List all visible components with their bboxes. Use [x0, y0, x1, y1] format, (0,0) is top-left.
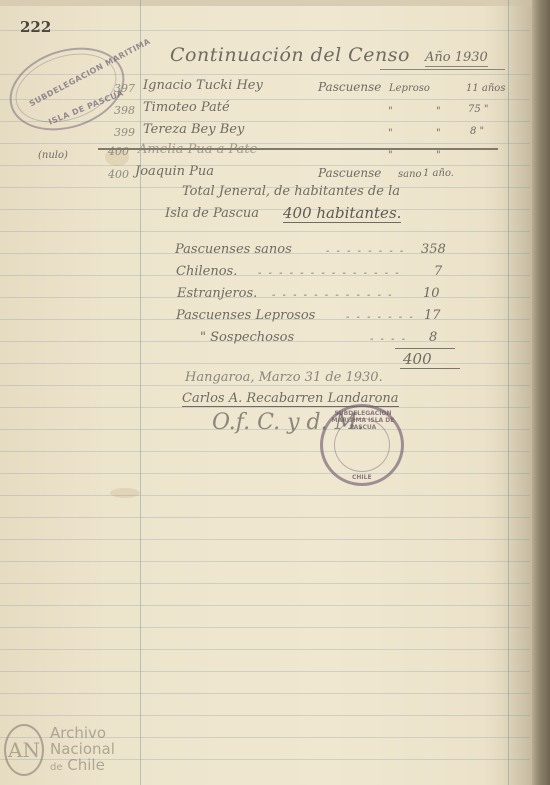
ledger-rule [0, 451, 530, 452]
margin-note-nulo: (nulo) [38, 150, 68, 161]
ledger-rule [0, 209, 530, 210]
leader-dashes: - - - - - - - - [326, 246, 405, 257]
entry-age: 11 años [466, 83, 505, 94]
place-date: Hangaroa, Marzo 31 de 1930. [185, 370, 383, 385]
summary-value: 8 [429, 330, 437, 345]
paper-stain [110, 488, 140, 498]
watermark-line-1: Archivo [50, 725, 115, 741]
entry-name: Timoteo Paté [143, 100, 230, 115]
summary-value: 10 [423, 286, 440, 301]
ledger-rule [0, 517, 530, 518]
round-seal-text: SUBDELEGACION MARITIMA ISLA DE PASCUA [326, 410, 400, 431]
entry-number: 400 [108, 168, 129, 181]
ledger-rule [0, 605, 530, 606]
leader-dashes: - - - - - - - [346, 312, 415, 323]
ledger-rule [0, 627, 530, 628]
entry-name: Ignacio Tucki Hey [143, 78, 263, 93]
ledger-rule [0, 407, 530, 408]
entry-name: Joaquin Pua [135, 164, 214, 179]
round-seal-bottom-text: CHILE [352, 474, 372, 481]
entry-number: 400 [108, 145, 129, 158]
ledger-rule [0, 671, 530, 672]
entry-age: 75 " [468, 104, 489, 115]
entry-number: 397 [114, 82, 135, 95]
archive-watermark: AN Archivo Nacional de Chile [4, 724, 115, 776]
leader-dashes: - - - - - - - - - - - - [272, 290, 394, 301]
entry-age: 1 año. [423, 168, 454, 179]
ledger-rule [0, 539, 530, 540]
entry-condition: Leproso [389, 83, 430, 94]
entry-condition: " [436, 150, 441, 161]
summary-label: Pascuenses sanos [175, 242, 292, 257]
title-underline [380, 69, 505, 70]
document-title: Continuación del Censo [170, 44, 410, 66]
entry-condition: sano [398, 169, 422, 180]
ledger-rule [0, 385, 530, 386]
total-inhabitants: 400 habitantes. [283, 204, 401, 223]
entry-origin: " [388, 150, 393, 161]
ledger-rule [0, 473, 530, 474]
summary-label: Pascuenses Leprosos [176, 308, 315, 323]
entry-number: 398 [114, 104, 135, 117]
page-top-edge [0, 0, 550, 6]
binding-shadow [502, 0, 532, 785]
entry-origin: " [388, 106, 393, 117]
watermark-line-2: Nacional [50, 741, 115, 757]
summary-label: " Sospechosos [200, 330, 294, 345]
strikethrough-line [98, 148, 498, 150]
summary-label: Chilenos. [176, 264, 237, 279]
archivo-nacional-logo-icon: AN [4, 724, 44, 776]
entry-age: 8 " [470, 126, 484, 137]
ledger-rule [0, 649, 530, 650]
total-underline [400, 368, 460, 369]
watermark-line-3: Chile [67, 756, 105, 774]
ledger-rule [0, 583, 530, 584]
summary-value: 358 [421, 242, 446, 257]
entry-number: 399 [114, 126, 135, 139]
entry-origin: " [388, 128, 393, 139]
book-binding [532, 0, 550, 785]
entry-condition: " [436, 106, 441, 117]
summary-value: 17 [424, 308, 441, 323]
ledger-rule [0, 561, 530, 562]
summary-value: 7 [434, 264, 442, 279]
total-line-2-prefix: Isla de Pascua [165, 206, 259, 221]
entry-origin: Pascuense [318, 80, 381, 94]
ledger-rule [0, 363, 530, 364]
ledger-rule [0, 297, 530, 298]
ledger-rule [0, 693, 530, 694]
margin-line [140, 0, 141, 785]
census-year: Año 1930 [425, 50, 488, 67]
census-document-page: 222 SUBDELEGACION MARITIMA ISLA DE PASCU… [0, 0, 550, 785]
ledger-rule [0, 231, 530, 232]
watermark-de: de [50, 762, 63, 773]
ledger-rule [0, 143, 530, 144]
entry-condition: " [436, 128, 441, 139]
leader-dashes: - - - - - - - - - - - - - - [258, 268, 401, 279]
summary-total: 400 [403, 350, 432, 368]
total-line-1: Total Jeneral, de habitantes de la [182, 184, 400, 199]
ledger-rule [0, 715, 530, 716]
watermark-text: Archivo Nacional de Chile [50, 725, 115, 776]
sum-line [395, 348, 455, 349]
page-number: 222 [20, 18, 51, 36]
entry-origin: Pascuense [318, 166, 381, 180]
summary-label: Estranjeros. [177, 286, 257, 301]
entry-name: Amelia Pua a Pate [138, 142, 257, 157]
ledger-rule [0, 165, 530, 166]
leader-dashes: - - - - [370, 334, 407, 345]
ledger-rule [0, 30, 530, 31]
entry-name: Tereza Bey Bey [143, 122, 244, 137]
ledger-rule [0, 495, 530, 496]
